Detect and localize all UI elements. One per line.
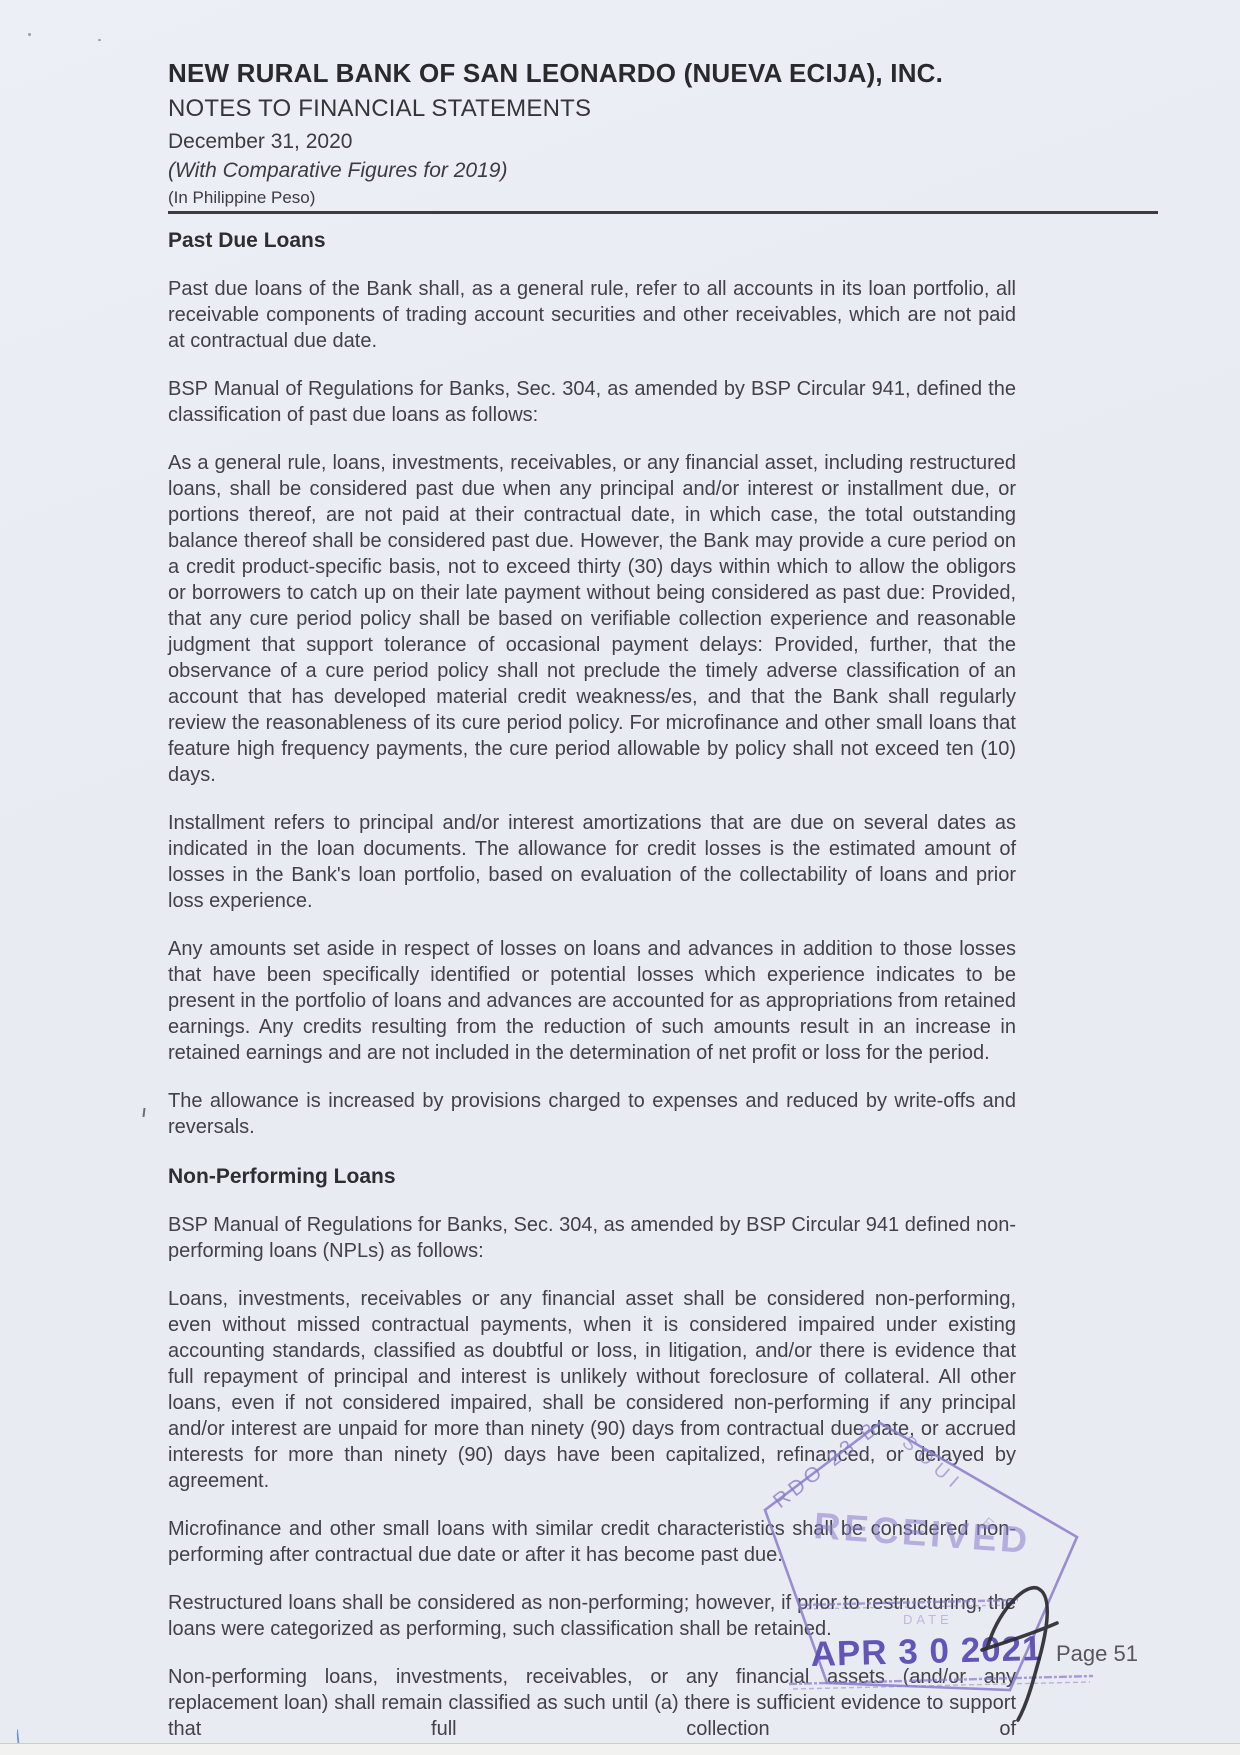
document-body: Past Due Loans Past due loans of the Ban… <box>168 214 1016 1742</box>
paragraph-amounts-set-aside: Any amounts set aside in respect of loss… <box>168 936 1016 1066</box>
document-header: NEW RURAL BANK OF SAN LEONARDO (NUEVA EC… <box>168 58 1016 214</box>
dust-speck <box>98 39 101 41</box>
paragraph-bsp-manual-npl: BSP Manual of Regulations for Banks, Sec… <box>168 1212 1016 1264</box>
currency-note: (In Philippine Peso) <box>168 188 1016 208</box>
document-title: NOTES TO FINANCIAL STATEMENTS <box>168 95 1016 123</box>
paragraph-bsp-manual-past-due: BSP Manual of Regulations for Banks, Sec… <box>168 376 1016 428</box>
paragraph-past-due-general-rule: As a general rule, loans, investments, r… <box>168 450 1016 788</box>
page-number: Page 51 <box>1056 1641 1138 1667</box>
section-heading-past-due-loans: Past Due Loans <box>168 228 1016 254</box>
dust-speck <box>432 586 434 588</box>
dust-speck <box>394 952 396 955</box>
paragraph-npl-general-rule: Loans, investments, receivables or any f… <box>168 1286 1016 1494</box>
paragraph-restructured-loans: Restructured loans shall be considered a… <box>168 1590 1016 1642</box>
paragraph-past-due-definition: Past due loans of the Bank shall, as a g… <box>168 276 1016 354</box>
dust-speck <box>28 33 31 36</box>
paragraph-microfinance-npl: Microfinance and other small loans with … <box>168 1516 1016 1568</box>
paragraph-allowance-provisions: The allowance is increased by provisions… <box>168 1088 1016 1140</box>
document-content: NEW RURAL BANK OF SAN LEONARDO (NUEVA EC… <box>168 58 1016 1742</box>
paragraph-npl-reclassification: Non-performing loans, investments, recei… <box>168 1664 1016 1742</box>
scan-mark <box>142 1108 145 1117</box>
comparative-figures-note: (With Comparative Figures for 2019) <box>168 159 1016 183</box>
bank-name: NEW RURAL BANK OF SAN LEONARDO (NUEVA EC… <box>168 58 1016 89</box>
scan-bottom-edge <box>0 1743 1240 1755</box>
section-heading-non-performing-loans: Non-Performing Loans <box>168 1164 1016 1190</box>
statement-date: December 31, 2020 <box>168 130 1016 154</box>
scanned-document-page: NEW RURAL BANK OF SAN LEONARDO (NUEVA EC… <box>0 0 1240 1755</box>
paragraph-installment-definition: Installment refers to principal and/or i… <box>168 810 1016 914</box>
